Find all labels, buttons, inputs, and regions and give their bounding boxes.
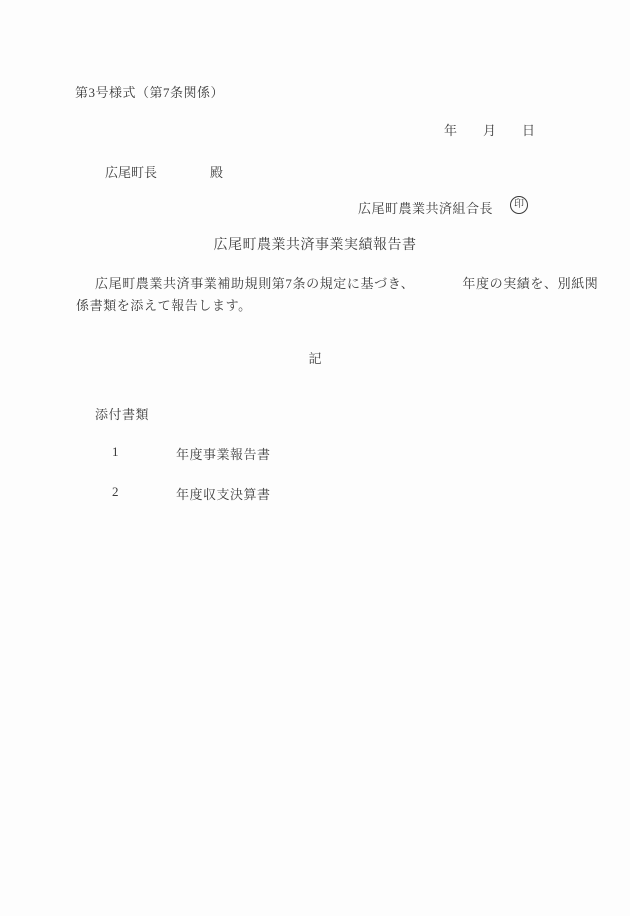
date-month-label: 月: [483, 120, 496, 139]
attachments-heading: 添付書類: [95, 404, 149, 423]
document-title: 広尾町農業共済事業実績報告書: [0, 234, 630, 254]
body-text-line1: 広尾町農業共済事業補助規則第7条の規定に基づき、年度の実績を、別紙関: [95, 273, 598, 292]
form-number: 第3号様式（第7条関係）: [75, 82, 224, 101]
addressee-name: 広尾町長: [105, 165, 157, 180]
date-line: 年月日: [444, 120, 535, 139]
body-text-line2: 係書類を添えて報告します。: [76, 295, 252, 314]
body-text-after-blank: 年度の実績を、別紙関: [462, 276, 598, 291]
date-day-label: 日: [522, 120, 535, 139]
body-text-before-blank: 広尾町農業共済事業補助規則第7条の規定に基づき、: [95, 276, 414, 291]
attachment-item-number: 1: [112, 444, 119, 460]
record-marker: 記: [0, 348, 630, 367]
attachment-item-number: 2: [112, 484, 119, 500]
sender-title: 広尾町農業共済組合長: [358, 198, 493, 217]
addressee-line: 広尾町長殿: [105, 162, 223, 181]
addressee-honorific: 殿: [210, 165, 223, 180]
date-year-label: 年: [444, 120, 457, 139]
seal-mark-icon: 印: [510, 196, 528, 214]
attachment-item-label: 年度収支決算書: [176, 484, 271, 503]
attachment-item-label: 年度事業報告書: [176, 444, 271, 463]
document-page: 第3号様式（第7条関係） 年月日 広尾町長殿 広尾町農業共済組合長 印 広尾町農…: [0, 0, 630, 916]
